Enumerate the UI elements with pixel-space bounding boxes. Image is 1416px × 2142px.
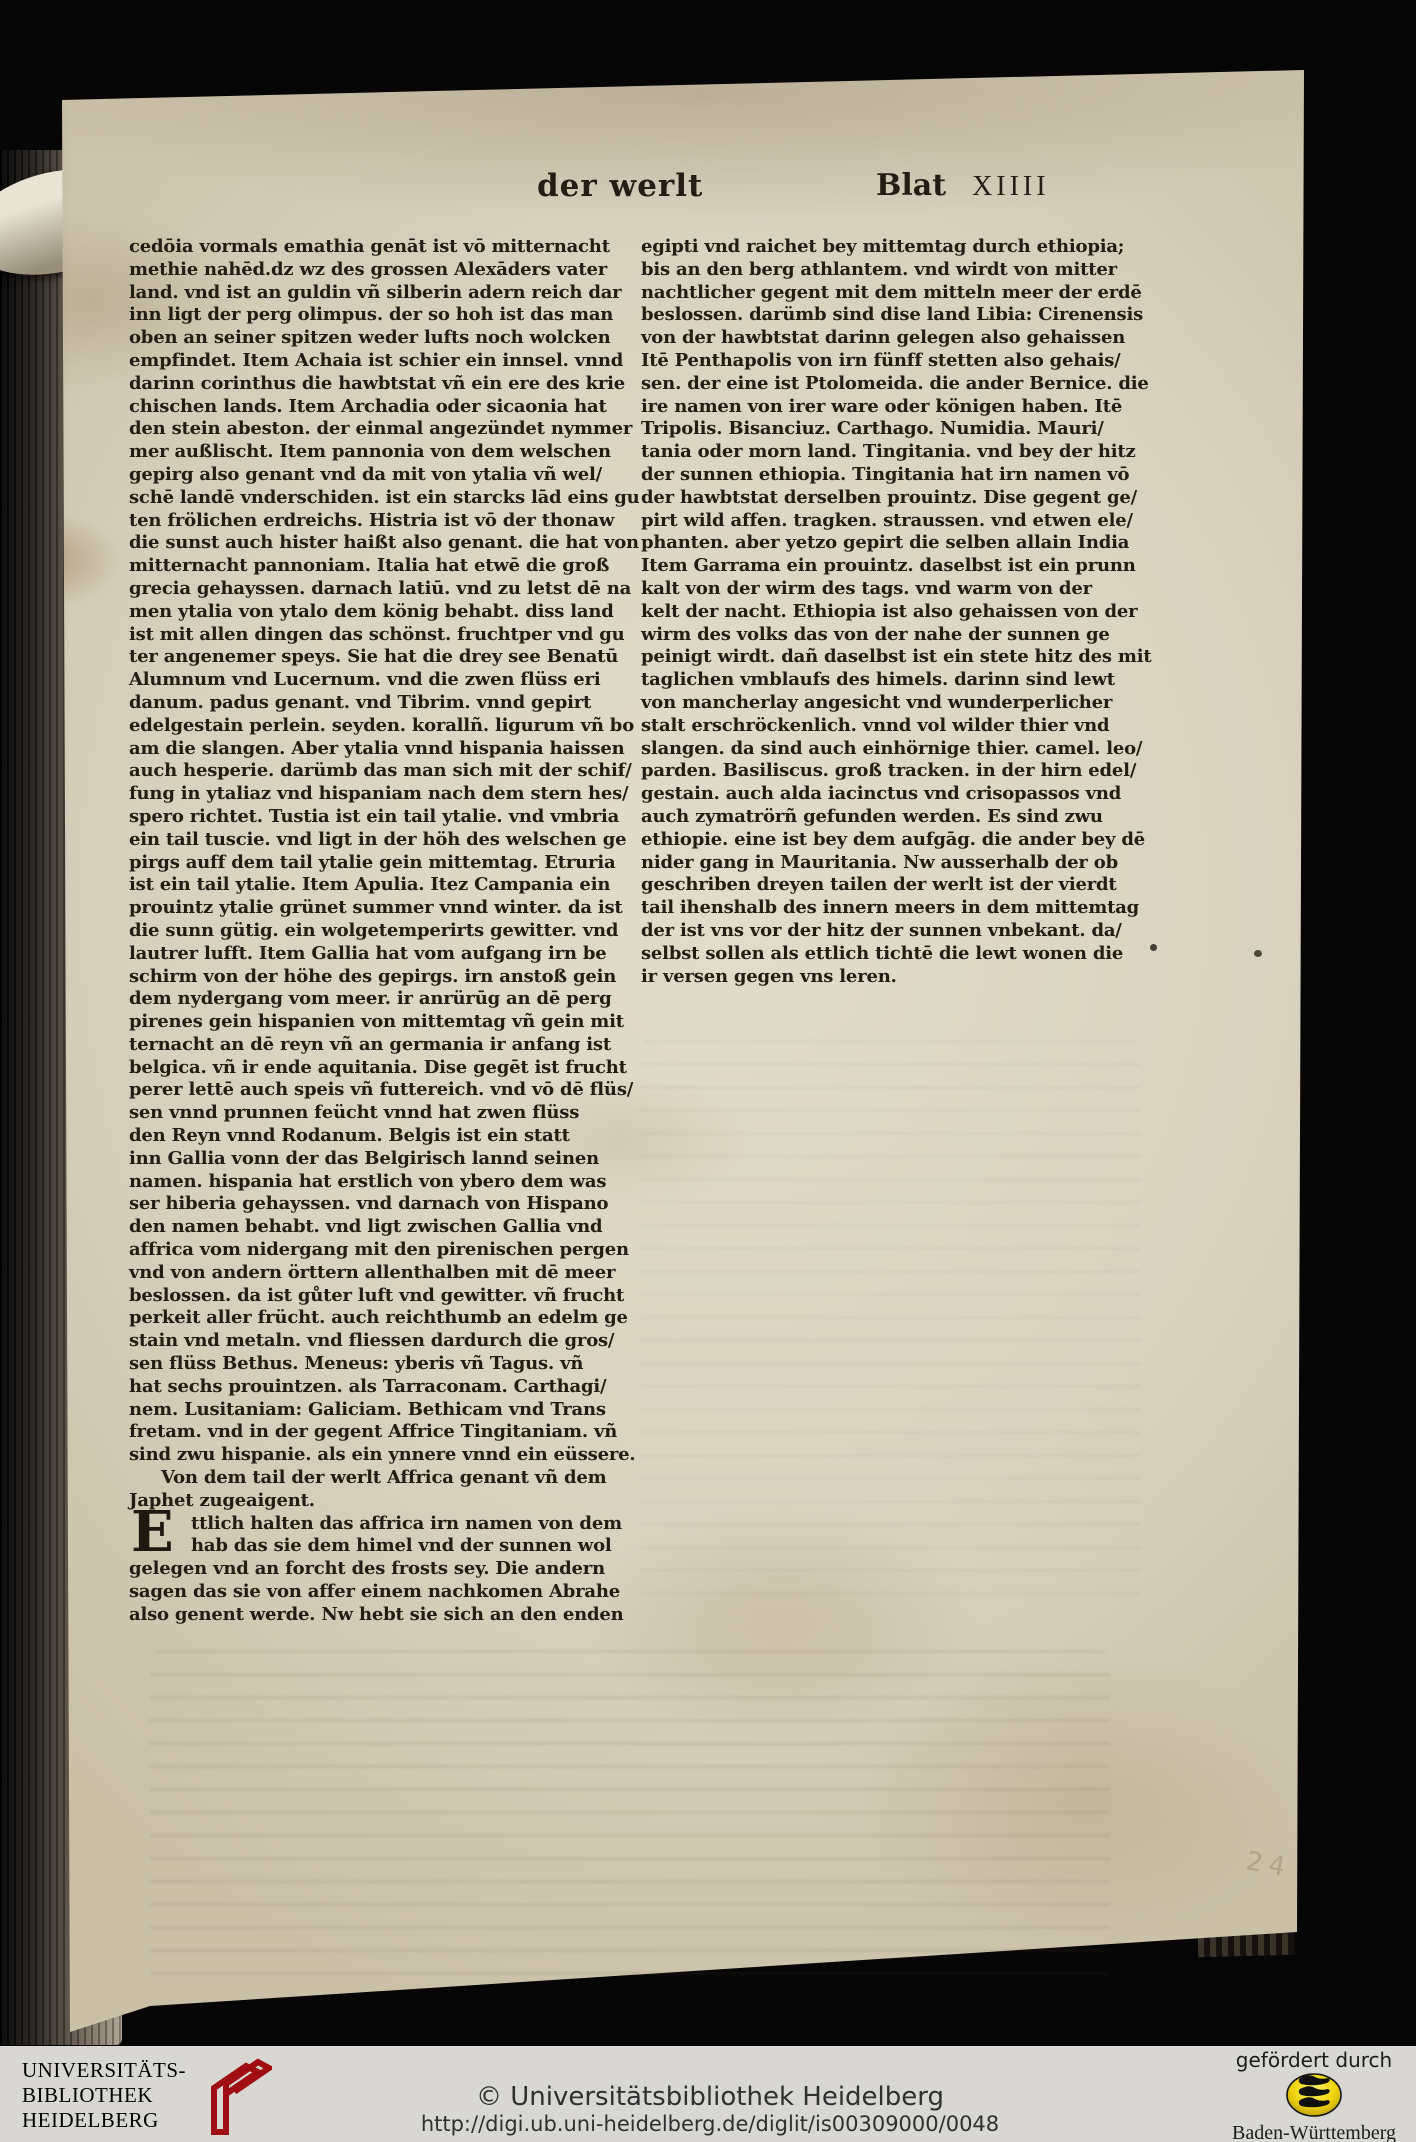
- text-line: der sunnen ethiopia. Tingitania hat irn …: [641, 464, 1111, 487]
- text-line: pirgs auff dem tail ytalie gein mittemta…: [129, 852, 599, 875]
- ink-spot: [1150, 944, 1157, 951]
- text-line: gelegen vnd an forcht des frosts sey. Di…: [129, 1558, 599, 1581]
- text-line: ethiopie. eine ist bey dem aufgāg. die a…: [641, 829, 1111, 852]
- library-name: UNIVERSITÄTS- BIBLIOTHEK HEIDELBERG: [22, 2058, 186, 2133]
- text-line: am die slangen. Aber ytalia vnnd hispani…: [129, 738, 599, 761]
- text-line: Alumnum vnd Lucernum. vnd die zwen flüss…: [129, 669, 599, 692]
- funding-region: Baden-Württemberg: [1232, 2122, 1396, 2142]
- text-line: inn Gallia vonn der das Belgirisch lannd…: [129, 1148, 599, 1171]
- text-line: hab das sie dem himel vnd der sunnen wol: [129, 1535, 599, 1558]
- library-name-line: BIBLIOTHEK: [22, 2083, 186, 2108]
- text-line: dem nydergang vom meer. ir anrürūg an dē…: [129, 988, 599, 1011]
- text-line: ten frölichen erdreichs. Histria ist vō …: [129, 510, 599, 533]
- text-line: selbst sollen als ettlich tichtē die lew…: [641, 943, 1111, 966]
- text-line: sen vnnd prunnen feücht vnnd hat zwen fl…: [129, 1102, 599, 1125]
- text-line: ttlich halten das affrica irn namen von …: [129, 1513, 599, 1536]
- folio-indicator: BlatXIIII: [876, 168, 1050, 203]
- text-line: spero richtet. Tustia ist ein tail ytali…: [129, 806, 599, 829]
- text-line: Von dem tail der werlt Affrica genant vñ…: [129, 1467, 599, 1490]
- folio-number: XIIII: [972, 171, 1050, 202]
- text-line: den stein abeston. der einmal angezündet…: [129, 418, 599, 441]
- library-name-line: HEIDELBERG: [22, 2108, 186, 2133]
- text-line: ire namen von irer ware oder königen hab…: [641, 396, 1111, 419]
- text-line: stain vnd metaln. vnd fliessen dardurch …: [129, 1330, 599, 1353]
- text-line: der ist vns vor der hitz der sunnen vnbe…: [641, 920, 1111, 943]
- funding-block: gefördert durch Baden-Württemberg: [1232, 2049, 1396, 2142]
- text-line: Item Garrama ein prouintz. daselbst ist …: [641, 555, 1111, 578]
- text-line: von der hawbtstat darinn gelegen also ge…: [641, 327, 1111, 350]
- text-line: tania oder morn land. Tingitania. vnd be…: [641, 441, 1111, 464]
- baden-wuerttemberg-coat-of-arms-icon: [1232, 2072, 1396, 2122]
- text-line: den Reyn vnnd Rodanum. Belgis ist ein st…: [129, 1125, 599, 1148]
- library-name-line: UNIVERSITÄTS-: [22, 2058, 186, 2083]
- text-line: sen flüss Bethus. Meneus: yberis vñ Tagu…: [129, 1353, 599, 1376]
- screenshot-root: { "scan": { "running_title": "der werlt"…: [0, 0, 1416, 2142]
- text-line: darinn corinthus die hawbtstat vñ ein er…: [129, 373, 599, 396]
- text-line: schē landē vnderschiden. ist ein starcks…: [129, 487, 599, 510]
- text-line: geschriben dreyen tailen der werlt ist d…: [641, 874, 1111, 897]
- printed-text-layer: der werlt BlatXIIII cedōia vormals emath…: [0, 0, 1416, 2142]
- text-line: perer lettē auch speis vñ futtereich. vn…: [129, 1079, 599, 1102]
- text-line: men ytalia von ytalo dem könig behabt. d…: [129, 601, 599, 624]
- text-line: oben an seiner spitzen weder lufts noch …: [129, 327, 599, 350]
- text-line: beslossen. darümb sind dise land Libia: …: [641, 304, 1111, 327]
- text-line: egipti vnd raichet bey mittemtag durch e…: [641, 236, 1111, 259]
- footer-bar: UNIVERSITÄTS- BIBLIOTHEK HEIDELBERG © Un…: [0, 2046, 1416, 2142]
- text-line: von mancherlay angesicht vnd wunderperli…: [641, 692, 1111, 715]
- text-line: namen. hispania hat erstlich von ybero d…: [129, 1171, 599, 1194]
- text-line: prouintz ytalie grünet summer vnnd winte…: [129, 897, 599, 920]
- text-line: belgica. vñ ir ende aquitania. Dise gegē…: [129, 1057, 599, 1080]
- text-line: parden. Basiliscus. groß tracken. in der…: [641, 760, 1111, 783]
- text-line: tail ihenshalb des innern meers in dem m…: [641, 897, 1111, 920]
- text-line: gestain. auch alda iacinctus vnd crisopa…: [641, 783, 1111, 806]
- text-line: chischen lands. Item Archadia oder sicao…: [129, 396, 599, 419]
- text-line: perkeit aller frücht. auch reichthumb an…: [129, 1307, 599, 1330]
- text-line: auch hesperie. darümb das man sich mit d…: [129, 760, 599, 783]
- text-line: sind zwu hispanie. als ein ynnere vnnd e…: [129, 1444, 599, 1467]
- text-line: mer außlischt. Item pannonia von dem wel…: [129, 441, 599, 464]
- text-line: vnd von andern örttern allenthalben mit …: [129, 1262, 599, 1285]
- scan-attribution: © Universitätsbibliothek Heidelberg http…: [390, 2082, 1030, 2136]
- text-line: peinigt wirdt. dañ daselbst ist ein stet…: [641, 646, 1111, 669]
- text-line: ist ein tail ytalie. Item Apulia. Itez C…: [129, 874, 599, 897]
- text-column-left: cedōia vormals emathia genāt ist vō mitt…: [129, 236, 599, 1627]
- text-line: die sunn gütig. ein wolgetemperirts gewi…: [129, 920, 599, 943]
- text-line: empfindet. Item Achaia ist schier ein in…: [129, 350, 599, 373]
- text-line: methie nahēd.dz wz des grossen Alexāders…: [129, 259, 599, 282]
- text-line: Japhet zugeaigent.: [129, 1490, 599, 1513]
- text-line: Itē Penthapolis von irn fünff stetten al…: [641, 350, 1111, 373]
- text-column-right: egipti vnd raichet bey mittemtag durch e…: [641, 236, 1111, 988]
- text-line: wirm des volks das von der nahe der sunn…: [641, 624, 1111, 647]
- text-line: slangen. da sind auch einhörnige thier. …: [641, 738, 1111, 761]
- text-line: den namen behabt. vnd ligt zwischen Gall…: [129, 1216, 599, 1239]
- drop-cap-initial: E: [131, 1509, 187, 1555]
- text-line: pirenes gein hispanien von mittemtag vñ …: [129, 1011, 599, 1034]
- text-line: ser hiberia gehayssen. vnd darnach von H…: [129, 1193, 599, 1216]
- text-line: auch zymatrörñ gefunden werden. Es sind …: [641, 806, 1111, 829]
- text-line: land. vnd ist an guldin vñ silberin ader…: [129, 282, 599, 305]
- text-line: danum. padus genant. vnd Tibrim. vnnd ge…: [129, 692, 599, 715]
- text-line: stalt erschröckenlich. vnnd vol wilder t…: [641, 715, 1111, 738]
- text-line: nachtlicher gegent mit dem mitteln meer …: [641, 282, 1111, 305]
- ink-spot: [1254, 950, 1262, 957]
- text-line: gepirg also genant vnd da mit von ytalia…: [129, 464, 599, 487]
- text-line: hat sechs prouintzen. als Tarraconam. Ca…: [129, 1376, 599, 1399]
- text-line: bis an den berg athlantem. vnd wirdt von…: [641, 259, 1111, 282]
- copyright-text: © Universitätsbibliothek Heidelberg: [390, 2082, 1030, 2112]
- text-line: also genent werde. Nw hebt sie sich an d…: [129, 1604, 599, 1627]
- text-line: grecia gehayssen. darnach latiū. vnd zu …: [129, 578, 599, 601]
- text-line: cedōia vormals emathia genāt ist vō mitt…: [129, 236, 599, 259]
- text-line: ter angenemer speys. Sie hat die drey se…: [129, 646, 599, 669]
- text-line: nem. Lusitaniam: Galiciam. Bethicam vnd …: [129, 1399, 599, 1422]
- text-line: inn ligt der perg olimpus. der so hoh is…: [129, 304, 599, 327]
- text-line: nider gang in Mauritania. Nw ausserhalb …: [641, 852, 1111, 875]
- folio-label: Blat: [876, 168, 946, 203]
- text-line: phanten. aber yetzo gepirt die selben al…: [641, 532, 1111, 555]
- running-title: der werlt: [537, 168, 703, 204]
- text-line: pirt wild affen. tragken. straussen. vnd…: [641, 510, 1111, 533]
- text-line: beslossen. da ist gůter luft vnd gewitte…: [129, 1285, 599, 1308]
- funding-label: gefördert durch: [1232, 2049, 1396, 2071]
- text-line: kalt von der wirm des tags. vnd warm von…: [641, 578, 1111, 601]
- text-line: ein tail tuscie. vnd ligt in der höh des…: [129, 829, 599, 852]
- text-line: mitternacht pannoniam. Italia hat etwē d…: [129, 555, 599, 578]
- text-line: der hawbtstat derselben prouintz. Dise g…: [641, 487, 1111, 510]
- text-line: ternacht an dē reyn vñ an germania ir an…: [129, 1034, 599, 1057]
- text-line: edelgestain perlein. seyden. korallñ. li…: [129, 715, 599, 738]
- text-line: schirm von der höhe des gepirgs. irn ans…: [129, 966, 599, 989]
- text-line: Tripolis. Bisanciuz. Carthago. Numidia. …: [641, 418, 1111, 441]
- text-line: sen. der eine ist Ptolomeida. die ander …: [641, 373, 1111, 396]
- ub-heidelberg-book-icon: [180, 2050, 272, 2140]
- text-line: taglichen vmblaufs des himels. darinn si…: [641, 669, 1111, 692]
- text-line: lautrer lufft. Item Gallia hat vom aufga…: [129, 943, 599, 966]
- scan-url: http://digi.ub.uni-heidelberg.de/diglit/…: [390, 2112, 1030, 2136]
- text-line: kelt der nacht. Ethiopia ist also gehais…: [641, 601, 1111, 624]
- text-line: affrica vom nidergang mit den pirenische…: [129, 1239, 599, 1262]
- text-line: die sunst auch hister haißt also genant.…: [129, 532, 599, 555]
- text-line: fung in ytaliaz vnd hispaniam nach dem s…: [129, 783, 599, 806]
- text-line: ist mit allen dingen das schönst. frucht…: [129, 624, 599, 647]
- text-line: sagen das sie von affer einem nachkomen …: [129, 1581, 599, 1604]
- text-line: fretam. vnd in der gegent Affrice Tingit…: [129, 1421, 599, 1444]
- pencil-margin-note: 24: [1244, 1846, 1294, 1883]
- text-line: ir versen gegen vns leren.: [641, 966, 1111, 989]
